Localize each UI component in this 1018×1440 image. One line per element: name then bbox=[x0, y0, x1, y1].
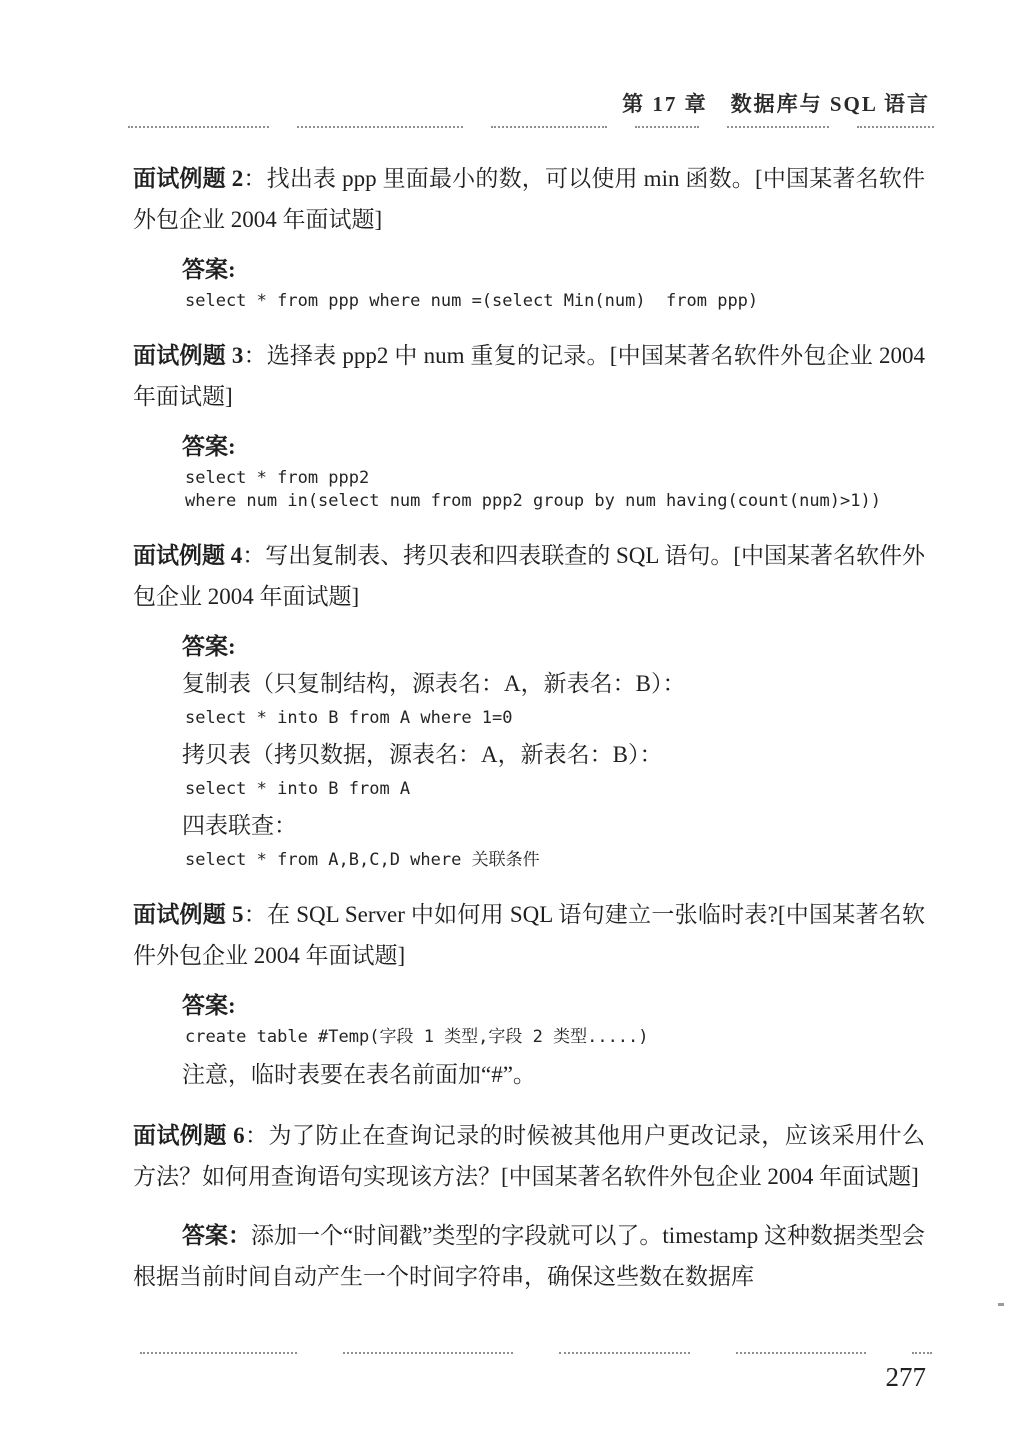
page-number: 277 bbox=[886, 1362, 927, 1393]
footer-divider bbox=[140, 1352, 932, 1354]
answer-note: 注意，临时表要在表名前面加“#”。 bbox=[133, 1057, 925, 1093]
answer-step: 拷贝表（拷贝数据，源表名：A，新表名：B）： select * into B f… bbox=[133, 738, 925, 801]
answer-step: 四表联查： select * from A,B,C,D where 关联条件 bbox=[133, 809, 925, 872]
question-text: ：找出表 ppp 里面最小的数，可以使用 min 函数。[中国某著名软件外包企业… bbox=[133, 166, 925, 232]
question-paragraph: 面试例题 2：找出表 ppp 里面最小的数，可以使用 min 函数。[中国某著名… bbox=[133, 158, 925, 240]
divider-segment bbox=[912, 1352, 932, 1354]
divider-segment bbox=[140, 1352, 297, 1354]
divider-segment bbox=[635, 126, 699, 128]
sql-code-line: select * from ppp2 bbox=[133, 467, 925, 490]
page-content: 面试例题 2：找出表 ppp 里面最小的数，可以使用 min 函数。[中国某著名… bbox=[133, 158, 925, 1319]
question-label: 面试例题 3 bbox=[133, 343, 243, 368]
question-label: 面试例题 2 bbox=[133, 166, 243, 191]
section-question-3: 面试例题 3：选择表 ppp2 中 num 重复的记录。[中国某著名软件外包企业… bbox=[133, 335, 925, 513]
question-label: 面试例题 6 bbox=[133, 1123, 245, 1148]
step-caption: 拷贝表（拷贝数据，源表名：A，新表名：B）： bbox=[133, 738, 925, 772]
sql-code-line: select * from A,B,C,D where 关联条件 bbox=[133, 849, 925, 872]
sql-code-line: select * into B from A bbox=[133, 778, 925, 801]
question-paragraph: 面试例题 3：选择表 ppp2 中 num 重复的记录。[中国某著名软件外包企业… bbox=[133, 335, 925, 417]
scan-artifact bbox=[998, 1303, 1004, 1306]
header-divider bbox=[128, 126, 934, 128]
divider-segment bbox=[343, 1352, 513, 1354]
section-question-5: 面试例题 5：在 SQL Server 中如何用 SQL 语句建立一张临时表?[… bbox=[133, 894, 925, 1093]
question-text: ：在 SQL Server 中如何用 SQL 语句建立一张临时表?[中国某著名软… bbox=[133, 902, 925, 968]
question-text: ：写出复制表、拷贝表和四表联查的 SQL 语句。[中国某著名软件外包企业 200… bbox=[133, 543, 925, 609]
sql-code-line: create table #Temp(字段 1 类型,字段 2 类型.....) bbox=[133, 1026, 925, 1049]
sql-code-line: select * from ppp where num =(select Min… bbox=[133, 290, 925, 313]
answer-text: 添加一个“时间戳”类型的字段就可以了。timestamp 这种数据类型会根据当前… bbox=[133, 1223, 925, 1289]
question-label: 面试例题 4 bbox=[133, 543, 242, 568]
answer-label: 答案: bbox=[133, 992, 925, 1020]
divider-segment bbox=[559, 1352, 690, 1354]
question-text: ：为了防止在查询记录的时候被其他用户更改记录，应该采用什么方法？如何用查询语句实… bbox=[133, 1123, 925, 1189]
answer-paragraph: 答案：添加一个“时间戳”类型的字段就可以了。timestamp 这种数据类型会根… bbox=[133, 1215, 925, 1297]
answer-step: 复制表（只复制结构，源表名：A，新表名：B）： select * into B … bbox=[133, 667, 925, 730]
divider-segment bbox=[128, 126, 269, 128]
step-caption: 四表联查： bbox=[133, 809, 925, 843]
question-paragraph: 面试例题 4：写出复制表、拷贝表和四表联查的 SQL 语句。[中国某著名软件外包… bbox=[133, 535, 925, 617]
question-text: ：选择表 ppp2 中 num 重复的记录。[中国某著名软件外包企业 2004 … bbox=[133, 343, 925, 409]
chapter-header: 第 17 章 数据库与 SQL 语言 bbox=[622, 88, 930, 118]
divider-segment bbox=[736, 1352, 867, 1354]
divider-segment bbox=[857, 126, 934, 128]
sql-code-line: where num in(select num from ppp2 group … bbox=[133, 490, 925, 513]
divider-segment bbox=[297, 126, 464, 128]
answer-label: 答案: bbox=[133, 256, 925, 284]
section-question-6: 面试例题 6：为了防止在查询记录的时候被其他用户更改记录，应该采用什么方法？如何… bbox=[133, 1115, 925, 1297]
step-caption: 复制表（只复制结构，源表名：A，新表名：B）： bbox=[133, 667, 925, 701]
section-question-4: 面试例题 4：写出复制表、拷贝表和四表联查的 SQL 语句。[中国某著名软件外包… bbox=[133, 535, 925, 872]
section-question-2: 面试例题 2：找出表 ppp 里面最小的数，可以使用 min 函数。[中国某著名… bbox=[133, 158, 925, 313]
sql-code-line: select * into B from A where 1=0 bbox=[133, 707, 925, 730]
answer-label: 答案: bbox=[133, 633, 925, 661]
answer-label: 答案： bbox=[182, 1223, 251, 1248]
question-paragraph: 面试例题 6：为了防止在查询记录的时候被其他用户更改记录，应该采用什么方法？如何… bbox=[133, 1115, 925, 1197]
answer-label: 答案: bbox=[133, 433, 925, 461]
question-paragraph: 面试例题 5：在 SQL Server 中如何用 SQL 语句建立一张临时表?[… bbox=[133, 894, 925, 976]
question-label: 面试例题 5 bbox=[133, 902, 244, 927]
divider-segment bbox=[727, 126, 829, 128]
divider-segment bbox=[491, 126, 606, 128]
